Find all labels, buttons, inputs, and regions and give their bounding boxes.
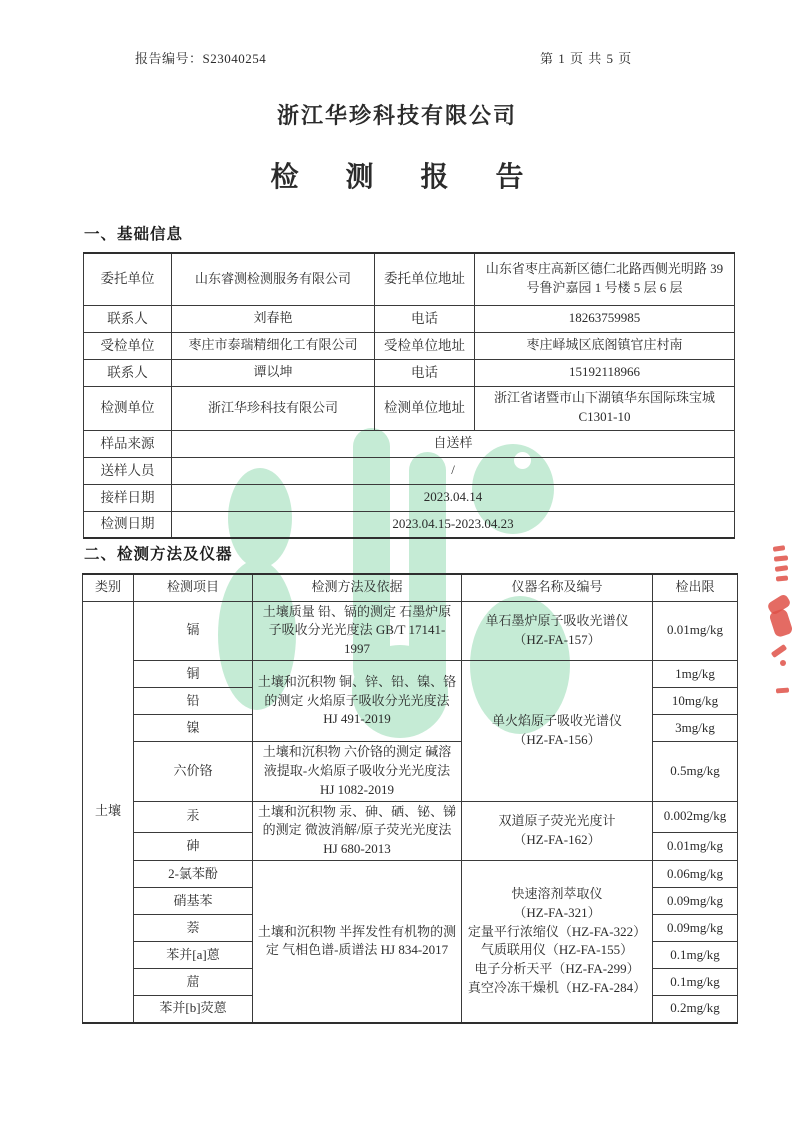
stamp-mark bbox=[780, 660, 786, 666]
field-label: 电话 bbox=[375, 359, 475, 386]
limit-cell: 0.09mg/kg bbox=[653, 915, 738, 942]
field-label: 接样日期 bbox=[84, 484, 172, 511]
report-page: 报告编号：S23040254 第 1 页 共 5 页 浙江华珍科技有限公司 检 … bbox=[0, 0, 794, 1122]
field-value: / bbox=[172, 457, 735, 484]
limit-cell: 0.2mg/kg bbox=[653, 996, 738, 1023]
method-cell: 土壤和沉积物 六价铬的测定 碱溶液提取-火焰原子吸收分光光度法 HJ 1082-… bbox=[253, 742, 462, 802]
method-cell: 土壤质量 铅、镉的测定 石墨炉原子吸收分光光度法 GB/T 17141-1997 bbox=[253, 601, 462, 661]
field-label: 检测单位 bbox=[84, 386, 172, 430]
field-value: 浙江省诸暨市山下湖镇华东国际珠宝城 C1301-10 bbox=[475, 386, 735, 430]
field-label: 电话 bbox=[375, 305, 475, 332]
item-cell: 铜 bbox=[134, 661, 253, 688]
section1-heading: 一、基础信息 bbox=[84, 222, 183, 244]
limit-cell: 0.5mg/kg bbox=[653, 742, 738, 802]
item-cell: 苯并[b]荧蒽 bbox=[134, 996, 253, 1023]
table-row: 检测单位 浙江华珍科技有限公司 检测单位地址 浙江省诸暨市山下湖镇华东国际珠宝城… bbox=[84, 386, 735, 430]
item-cell: 镍 bbox=[134, 715, 253, 742]
item-cell: 萘 bbox=[134, 915, 253, 942]
section2-heading: 二、检测方法及仪器 bbox=[84, 542, 233, 564]
instrument-cell: 单石墨炉原子吸收光谱仪 （HZ-FA-157） bbox=[462, 601, 653, 661]
table-row: 联系人 刘春艳 电话 18263759985 bbox=[84, 305, 735, 332]
column-header: 类别 bbox=[83, 574, 134, 601]
field-value: 山东睿测检测服务有限公司 bbox=[172, 253, 375, 305]
item-cell: 2-氯苯酚 bbox=[134, 861, 253, 888]
instrument-cell: 快速溶剂萃取仪 （HZ-FA-321） 定量平行浓缩仪（HZ-FA-322） 气… bbox=[462, 861, 653, 1023]
field-label: 联系人 bbox=[84, 359, 172, 386]
category-cell: 土壤 bbox=[83, 601, 134, 1023]
field-value: 山东省枣庄高新区德仁北路西侧光明路 39 号鲁沪嘉园 1 号楼 5 层 6 层 bbox=[475, 253, 735, 305]
field-value: 枣庄峄城区底阁镇官庄村南 bbox=[475, 332, 735, 359]
limit-cell: 0.01mg/kg bbox=[653, 601, 738, 661]
report-number: 报告编号：S23040254 bbox=[135, 48, 266, 67]
field-label: 检测日期 bbox=[84, 511, 172, 538]
field-value: 自送样 bbox=[172, 430, 735, 457]
method-cell: 土壤和沉积物 半挥发性有机物的测定 气相色谱-质谱法 HJ 834-2017 bbox=[253, 861, 462, 1023]
table-row: 接样日期 2023.04.14 bbox=[84, 484, 735, 511]
limit-cell: 10mg/kg bbox=[653, 688, 738, 715]
field-value: 15192118966 bbox=[475, 359, 735, 386]
limit-cell: 0.01mg/kg bbox=[653, 832, 738, 860]
item-cell: 硝基苯 bbox=[134, 888, 253, 915]
company-name: 浙江华珍科技有限公司 bbox=[0, 99, 794, 130]
field-label: 受检单位 bbox=[84, 332, 172, 359]
field-value: 刘春艳 bbox=[172, 305, 375, 332]
table-row: 样品来源 自送样 bbox=[84, 430, 735, 457]
instrument-cell: 单火焰原子吸收光谱仪 （HZ-FA-156） bbox=[462, 661, 653, 802]
column-header: 检出限 bbox=[653, 574, 738, 601]
limit-cell: 0.1mg/kg bbox=[653, 942, 738, 969]
table-row: 汞 土壤和沉积物 汞、砷、硒、铋、锑的测定 微波消解/原子荧光光度法 HJ 68… bbox=[83, 801, 738, 832]
table-row: 检测日期 2023.04.15-2023.04.23 bbox=[84, 511, 735, 538]
item-cell: 苯并[a]蒽 bbox=[134, 942, 253, 969]
field-label: 受检单位地址 bbox=[375, 332, 475, 359]
report-number-label: 报告编号： bbox=[135, 51, 203, 66]
method-cell: 土壤和沉积物 铜、锌、铅、镍、铬的测定 火焰原子吸收分光光度法 HJ 491-2… bbox=[253, 661, 462, 742]
page-indicator: 第 1 页 共 5 页 bbox=[540, 48, 632, 67]
item-cell: 镉 bbox=[134, 601, 253, 661]
field-value: 浙江华珍科技有限公司 bbox=[172, 386, 375, 430]
field-label: 样品来源 bbox=[84, 430, 172, 457]
field-value: 18263759985 bbox=[475, 305, 735, 332]
stamp-mark bbox=[768, 608, 793, 638]
item-cell: 䓛 bbox=[134, 969, 253, 996]
item-cell: 砷 bbox=[134, 832, 253, 860]
table-row: 铜 土壤和沉积物 铜、锌、铅、镍、铬的测定 火焰原子吸收分光光度法 HJ 491… bbox=[83, 661, 738, 688]
item-cell: 铅 bbox=[134, 688, 253, 715]
field-value: 2023.04.15-2023.04.23 bbox=[172, 511, 735, 538]
limit-cell: 1mg/kg bbox=[653, 661, 738, 688]
report-title: 检 测 报 告 bbox=[10, 155, 794, 195]
limit-cell: 3mg/kg bbox=[653, 715, 738, 742]
table-row: 委托单位 山东睿测检测服务有限公司 委托单位地址 山东省枣庄高新区德仁北路西侧光… bbox=[84, 253, 735, 305]
limit-cell: 0.1mg/kg bbox=[653, 969, 738, 996]
item-cell: 六价铬 bbox=[134, 742, 253, 802]
field-label: 联系人 bbox=[84, 305, 172, 332]
field-label: 送样人员 bbox=[84, 457, 172, 484]
field-label: 委托单位地址 bbox=[375, 253, 475, 305]
stamp-mark bbox=[776, 688, 789, 694]
table-row: 送样人员 / bbox=[84, 457, 735, 484]
basic-info-table: 委托单位 山东睿测检测服务有限公司 委托单位地址 山东省枣庄高新区德仁北路西侧光… bbox=[83, 252, 735, 539]
field-label: 检测单位地址 bbox=[375, 386, 475, 430]
field-value: 2023.04.14 bbox=[172, 484, 735, 511]
methods-instruments-table: 类别 检测项目 检测方法及依据 仪器名称及编号 检出限 土壤 镉 土壤质量 铅、… bbox=[82, 573, 738, 1024]
stamp-mark bbox=[774, 555, 788, 561]
table-row: 受检单位 枣庄市泰瑞精细化工有限公司 受检单位地址 枣庄峄城区底阁镇官庄村南 bbox=[84, 332, 735, 359]
stamp-mark bbox=[771, 644, 788, 658]
limit-cell: 0.002mg/kg bbox=[653, 801, 738, 832]
stamp-mark bbox=[776, 575, 788, 581]
table-row: 土壤 镉 土壤质量 铅、镉的测定 石墨炉原子吸收分光光度法 GB/T 17141… bbox=[83, 601, 738, 661]
table-row: 2-氯苯酚 土壤和沉积物 半挥发性有机物的测定 气相色谱-质谱法 HJ 834-… bbox=[83, 861, 738, 888]
table-header-row: 类别 检测项目 检测方法及依据 仪器名称及编号 检出限 bbox=[83, 574, 738, 601]
report-number-value: S23040254 bbox=[203, 51, 267, 66]
limit-cell: 0.06mg/kg bbox=[653, 861, 738, 888]
column-header: 检测方法及依据 bbox=[253, 574, 462, 601]
instrument-cell: 双道原子荧光光度计 （HZ-FA-162） bbox=[462, 801, 653, 861]
limit-cell: 0.09mg/kg bbox=[653, 888, 738, 915]
column-header: 检测项目 bbox=[134, 574, 253, 601]
stamp-mark bbox=[775, 565, 789, 572]
method-cell: 土壤和沉积物 汞、砷、硒、铋、锑的测定 微波消解/原子荧光光度法 HJ 680-… bbox=[253, 801, 462, 861]
field-label: 委托单位 bbox=[84, 253, 172, 305]
stamp-mark bbox=[773, 545, 786, 552]
table-row: 联系人 谭以坤 电话 15192118966 bbox=[84, 359, 735, 386]
item-cell: 汞 bbox=[134, 801, 253, 832]
field-value: 枣庄市泰瑞精细化工有限公司 bbox=[172, 332, 375, 359]
column-header: 仪器名称及编号 bbox=[462, 574, 653, 601]
field-value: 谭以坤 bbox=[172, 359, 375, 386]
